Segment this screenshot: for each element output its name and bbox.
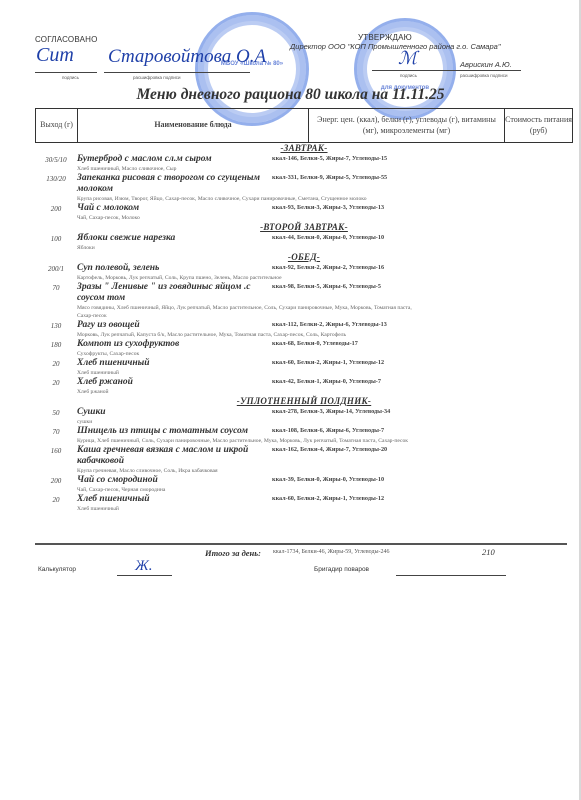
dish-ingredients: Картофель, Морковь, Лук репчатый, Соль, … [77,274,417,282]
dish-row: 130/20Запеканка рисовая с творогом со сг… [35,173,573,203]
dish-ingredients: Чай, Сахар-песок, Молоко [77,214,417,222]
dish-ingredients: сушки [77,418,417,426]
dish-output: 200 [35,203,77,222]
dish-name: Бутерброд с маслом сл.м сыром [77,154,277,165]
dish-row: 130Рагу из овощейккал-112, Белки-2, Жиры… [35,320,573,339]
left-signature: Сит [36,44,74,67]
director-position: Директор ООО "КОП Промышленного района г… [290,42,500,51]
left-sign-line [35,72,97,73]
dish-output: 180 [35,339,77,358]
dish-row: 70Шницель из птицы с томатным соусомккал… [35,426,573,445]
dish-output: 70 [35,426,77,445]
bottom-rule [35,543,567,545]
dish-row: 200Чай с молокомккал-93, Белки-3, Жиры-3… [35,203,573,222]
calculator-sign-line [117,575,172,576]
dish-main: Шницель из птицы с томатным соусомккал-1… [77,426,573,445]
dish-ingredients: Сухофрукты, Сахар-песок [77,350,417,358]
dish-name: Чай с молоком [77,203,277,214]
dish-name: Суп полевой, зелень [77,263,277,274]
chef-label: Бригадир поваров [314,566,369,573]
dish-row: 200/1Суп полевой, зеленьккал-92, Белки-2… [35,263,573,282]
dish-output: 200 [35,475,77,494]
dish-output: 20 [35,494,77,513]
section-title: -УПЛОТНЕННЫЙ ПОЛДНИК- [35,396,573,407]
left-name-line [104,72,250,73]
dish-output: 200/1 [35,263,77,282]
dish-ingredients: Хлеб пшеничный [77,505,417,513]
right-name-caption: расшифровка подписи [460,73,507,78]
dish-output: 20 [35,358,77,377]
calculator-label: Калькулятор [38,566,76,573]
dish-ingredients: Крупа гречневая, Масло сливочное, Соль, … [77,467,417,475]
dish-main: Яблоки свежие нарезкаккал-44, Белки-0, Ж… [77,233,573,252]
right-name-line [459,70,521,71]
right-sign-line [372,70,466,71]
left-sign-caption: подпись [62,75,79,80]
dish-output: 50 [35,407,77,426]
left-handwritten-name: Старовойтова О.А [108,46,266,68]
dish-name: Рагу из овощей [77,320,277,331]
total-values: ккал-1734, Белки-46, Жиры-59, Углеводы-2… [273,549,390,555]
dish-ingredients: Мясо говядины, Хлеб пшеничный, Яйцо, Лук… [77,304,417,320]
dish-name: Хлеб пшеничный [77,494,277,505]
dish-name: Компот из сухофруктов [77,339,277,350]
dish-nutrition: ккал-278, Белки-3, Жиры-14, Углеводы-34 [272,408,390,415]
dish-output: 130/20 [35,173,77,203]
dish-nutrition: ккал-39, Белки-0, Жиры-0, Углеводы-10 [272,476,384,483]
dish-row: 30/5/10Бутерброд с маслом сл.м сыромккал… [35,154,573,173]
dish-row: 20Хлеб пшеничныйккал-60, Белки-2, Жиры-1… [35,358,573,377]
page-title: Меню дневного рациона 80 школа на 11.11.… [0,86,581,104]
dish-main: Зразы " Ленивые " из говядиныс яйцом .с … [77,282,573,320]
dish-nutrition: ккал-60, Белки-2, Жиры-1, Углеводы-12 [272,359,384,366]
dish-nutrition: ккал-98, Белки-5, Жиры-6, Углеводы-5 [272,283,381,290]
dish-ingredients: Хлеб пшеничный, Масло сливочное, Сыр [77,165,417,173]
dish-output: 70 [35,282,77,320]
dish-main: Бутерброд с маслом сл.м сыромккал-146, Б… [77,154,573,173]
section-title: -ОБЕД- [35,252,573,263]
dish-output: 160 [35,445,77,475]
dish-name: Шницель из птицы с томатным соусом [77,426,277,437]
header-output: Выход (г) [36,109,78,142]
dish-name: Каша гречневая вязкая с маслом и икрой к… [77,445,277,467]
dish-main: Сушкиккал-278, Белки-3, Жиры-14, Углевод… [77,407,573,426]
dish-ingredients: Морковь, Лук репчатый, Капуста б/к, Масл… [77,331,417,339]
dish-row: 100Яблоки свежие нарезкаккал-44, Белки-0… [35,233,573,252]
dish-main: Хлеб пшеничныйккал-60, Белки-2, Жиры-1, … [77,358,573,377]
chef-sign-line [396,575,506,576]
dish-row: 180Компот из сухофруктовккал-68, Белки-0… [35,339,573,358]
dish-row: 160Каша гречневая вязкая с маслом и икро… [35,445,573,475]
approved-label: УТВЕРЖДАЮ [358,33,412,42]
table-header: Выход (г) Наименование блюда Энерг. цен.… [35,108,573,143]
dish-main: Хлеб пшеничныйккал-60, Белки-2, Жиры-1, … [77,494,573,513]
total-cost: 210 [482,547,495,557]
dish-main: Чай с молокомккал-93, Белки-3, Жиры-3, У… [77,203,573,222]
dish-main: Каша гречневая вязкая с маслом и икрой к… [77,445,573,475]
dish-nutrition: ккал-112, Белки-2, Жиры-6, Углеводы-13 [272,321,387,328]
dish-row: 50Сушкиккал-278, Белки-3, Жиры-14, Углев… [35,407,573,426]
dish-nutrition: ккал-93, Белки-3, Жиры-3, Углеводы-13 [272,204,384,211]
dish-output: 20 [35,377,77,396]
dish-nutrition: ккал-92, Белки-2, Жиры-2, Углеводы-16 [272,264,384,271]
dish-main: Суп полевой, зеленьккал-92, Белки-2, Жир… [77,263,573,282]
dish-name: Чай со смородиной [77,475,277,486]
dish-ingredients: Курица, Хлеб пшеничный, Соль, Сухари пан… [77,437,417,445]
dish-ingredients: Хлеб ржаной [77,388,417,396]
dish-name: Хлеб пшеничный [77,358,277,369]
dish-row: 20Хлеб пшеничныйккал-60, Белки-2, Жиры-1… [35,494,573,513]
dish-nutrition: ккал-146, Белки-5, Жиры-7, Углеводы-15 [272,155,387,162]
dish-row: 200Чай со смородинойккал-39, Белки-0, Жи… [35,475,573,494]
right-sign-caption: подпись [400,73,417,78]
dish-nutrition: ккал-42, Белки-1, Жиры-0, Углеводы-7 [272,378,381,385]
header-nutrition: Энерг. цен. (ккал), белки (г), углеводы … [309,109,505,142]
dish-ingredients: Чай, Сахар-песок, Черная смородина [77,486,417,494]
dish-main: Компот из сухофруктовккал-68, Белки-0, У… [77,339,573,358]
dish-nutrition: ккал-68, Белки-0, Углеводы-17 [272,340,358,347]
dish-name: Зразы " Ленивые " из говядиныс яйцом .с … [77,282,277,304]
dish-ingredients: Крупа рисовая, Изюм, Творог, Яйцо, Сахар… [77,195,417,203]
dish-output: 30/5/10 [35,154,77,173]
right-name: Аврискин А.Ю. [460,60,512,69]
dish-main: Рагу из овощейккал-112, Белки-2, Жиры-6,… [77,320,573,339]
dish-main: Чай со смородинойккал-39, Белки-0, Жиры-… [77,475,573,494]
dish-main: Хлеб ржанойккал-42, Белки-1, Жиры-0, Угл… [77,377,573,396]
dish-nutrition: ккал-60, Белки-2, Жиры-1, Углеводы-12 [272,495,384,502]
section-title: -ВТОРОЙ ЗАВТРАК- [35,222,573,233]
dish-ingredients: Яблоки [77,244,417,252]
dish-name: Сушки [77,407,277,418]
dish-name: Хлеб ржаной [77,377,277,388]
dish-nutrition: ккал-162, Белки-4, Жиры-7, Углеводы-20 [272,446,387,453]
agreed-label: СОГЛАСОВАНО [35,35,98,44]
dish-nutrition: ккал-44, Белки-0, Жиры-0, Углеводы-10 [272,234,384,241]
header-cost: Стоимость питания (руб) [505,109,572,142]
dish-name: Яблоки свежие нарезка [77,233,277,244]
section-title: -ЗАВТРАК- [35,143,573,154]
dish-output: 130 [35,320,77,339]
total-label: Итого за день: [205,548,261,558]
dish-output: 100 [35,233,77,252]
header-dish-name: Наименование блюда [78,109,309,142]
dish-row: 20Хлеб ржанойккал-42, Белки-1, Жиры-0, У… [35,377,573,396]
dish-main: Запеканка рисовая с творогом со сгущеным… [77,173,573,203]
calculator-signature: Ж. [135,558,153,575]
dish-nutrition: ккал-108, Белки-6, Жиры-6, Углеводы-7 [272,427,384,434]
right-signature: ℳ [398,48,417,69]
dish-name: Запеканка рисовая с творогом со сгущеным… [77,173,277,195]
left-name-caption: расшифровка подписи [133,75,180,80]
menu-body: -ЗАВТРАК-30/5/10Бутерброд с маслом сл.м … [35,143,573,513]
dish-nutrition: ккал-331, Белки-9, Жиры-5, Углеводы-55 [272,174,387,181]
dish-ingredients: Хлеб пшеничный [77,369,417,377]
dish-row: 70Зразы " Ленивые " из говядиныс яйцом .… [35,282,573,320]
